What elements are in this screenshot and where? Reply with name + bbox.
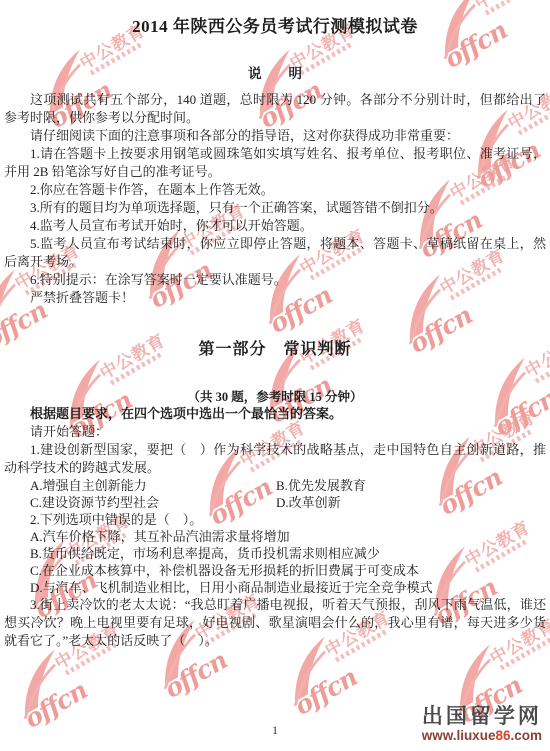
instructions-heading: 说 明 [4,62,546,82]
option-a: A.增强自主创新能力 [4,477,276,494]
offcn-logo-text: offcn [161,647,231,702]
question-stem: 2.下列选项中错误的是（ ）。 [4,511,546,528]
document-body: 2014 年陕西公务员考试行测模拟试卷 说 明 这项测试共有五个部分，140 道… [0,0,550,650]
offcn-swoosh-icon [0,646,81,721]
site-url: www.liuxue86.com [422,728,542,743]
offcn-swoosh-icon [435,641,516,716]
section-heading: 第一部分 常识判断 [4,336,546,359]
option-c: C.建设资源节约型社会 [4,494,276,511]
option-b: B.货币供给既定，市场利息率提高，货币投机需求则相应减少 [4,545,546,562]
question-stem: 3.街上卖冷饮的老太太说：“我总盯着广播电视报，听着天气预报，刮风下雨气温低，谁… [4,596,546,650]
section-note: 根据题目要求，在四个选项中选出一个最恰当的答案。 [4,405,546,423]
exam-paper-page: offcn 中公教育 offcn 中公教育 offcn 中公教育 [0,0,550,751]
instruction-line: 6.特别提示：在涂写答案时一定要认准题号。 [4,271,546,289]
begin-answer-line: 请开始答题： [4,423,546,441]
option-c: C.在企业成本核算中，补偿机器设备无形损耗的折旧费属于可变成本 [4,562,546,579]
question-options: A.增强自主创新能力 B.优先发展教育 C.建设资源节约型社会 D.改革创新 [4,477,546,511]
site-name: 出国留学网 [422,706,542,728]
instruction-line: 请仔细阅读下面的注意事项和各部分的指导语，这对你获得成功非常重要： [4,127,546,145]
instruction-line: 1.请在答题卡上按要求用钢笔或圆珠笔如实填写姓名、报考单位、报考职位、准考证号，… [4,145,546,181]
site-url-number: 86 [495,728,510,743]
question-stem: 1.建设创新型国家，要把（ ）作为科学技术的战略基点，走中国特色自主创新道路，推… [4,441,546,477]
option-d: D.改革创新 [276,494,546,511]
instruction-line: 这项测试共有五个部分，140 道题，总时限为 120 分钟。各部分不分别计时，但… [4,91,546,127]
option-a: A.汽车价格下降，其互补品汽油需求量将增加 [4,528,546,545]
instruction-line: 2.你应在答题卡作答，在题本上作答无效。 [4,181,546,199]
instruction-line: 4.监考人员宣布考试开始时，你才可以开始答题。 [4,217,546,235]
instruction-line: 严禁折叠答题卡！ [4,289,546,307]
page-title: 2014 年陕西公务员考试行测模拟试卷 [4,12,546,37]
option-d: D.与汽车、飞机制造业相比，日用小商品制造业最接近于完全竞争模式 [4,579,546,596]
option-b: B.优先发展教育 [276,477,546,494]
section-time-limit: （共 30 题，参考时限 15 分钟） [4,387,546,405]
site-url-suffix: .com [510,728,542,743]
liuxue-footer-logo: 出国留学网 www.liuxue86.com [422,706,542,743]
offcn-logo-text: offcn [291,664,361,719]
instruction-line: 3.所有的题目均为单项选择题，只有一个正确答案，试题答错不倒扣分。 [4,199,546,217]
instruction-line: 5.监考人员宣布考试结束时，你应立即停止答题，将题本、答题卡、草稿纸留在桌上，然… [4,235,546,271]
site-url-prefix: www.liuxue [422,728,496,743]
